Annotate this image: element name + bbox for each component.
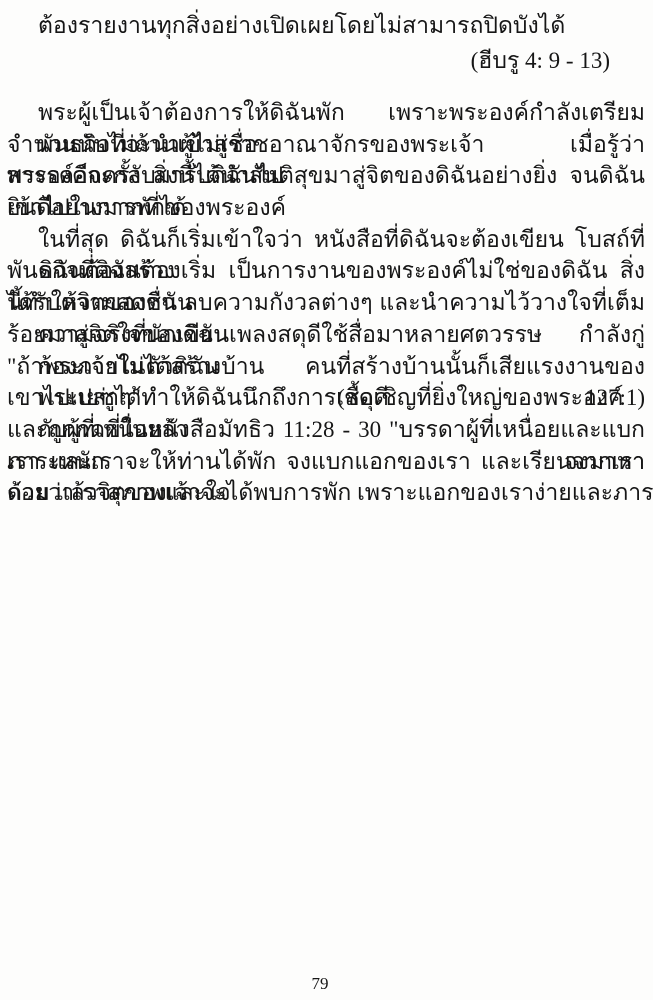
text-line: พันธกิจที่ดิฉันต้องเริ่ม เป็นการงานของพร… [7,255,645,287]
text-line: "ถ้าพระเจ้าไม่ได้สร้างบ้าน คนที่สร้างบ้า… [7,351,645,383]
text-line: ความจริงที่นักเขียนเพลงสดุดีใช้สื่อมาหลา… [7,319,645,351]
text-line: พระเยซูได้ทำให้ดิฉันนึกถึงการเชื้อเชิญที… [7,382,645,414]
page-number: 79 [0,974,640,994]
body-text: พระผู้เป็นเจ้าต้องการให้ดิฉันพัก เพราะพร… [7,97,645,509]
document-page: ต้องรายงานทุกสิ่งอย่างเปิดเผยโดยไม่สามาร… [0,0,653,1000]
text-line: พระผู้เป็นเจ้าต้องการให้ดิฉันพัก เพราะพร… [7,97,645,129]
text-line: เข้าไปในการพักของพระองค์ [7,192,645,224]
scripture-reference: (ฮีบรู 4: 9 - 13) [471,45,610,77]
text-line: ถ่อม แล้วจิตของเจ้าจะได้พบการพัก เพราะแอ… [7,477,645,509]
text-line: เรา และเราจะให้ท่านได้พัก จงแบกแอกของเรา… [7,446,645,478]
text-line: และถูกกดขี่ในหนังสือมัทธิว 11:28 - 30 "บ… [7,414,645,446]
text-line: สวรรค์อีกครั้ง สิ่งนี้ได้นำสันติสุขมาสู่… [7,160,645,192]
text-line: จำนวนนับไม่ถ้วนเข้าสู่ราชอาณาจักรของพระเ… [7,129,645,161]
text-line: ในที่สุด ดิฉันก็เริ่มเข้าใจว่า หนังสือที… [7,224,645,256]
text-line: ได้รับความสดชื่น ลบความกังวลต่างๆ และนำค… [7,287,645,319]
section-closing-line: ต้องรายงานทุกสิ่งอย่างเปิดเผยโดยไม่สามาร… [38,10,633,42]
